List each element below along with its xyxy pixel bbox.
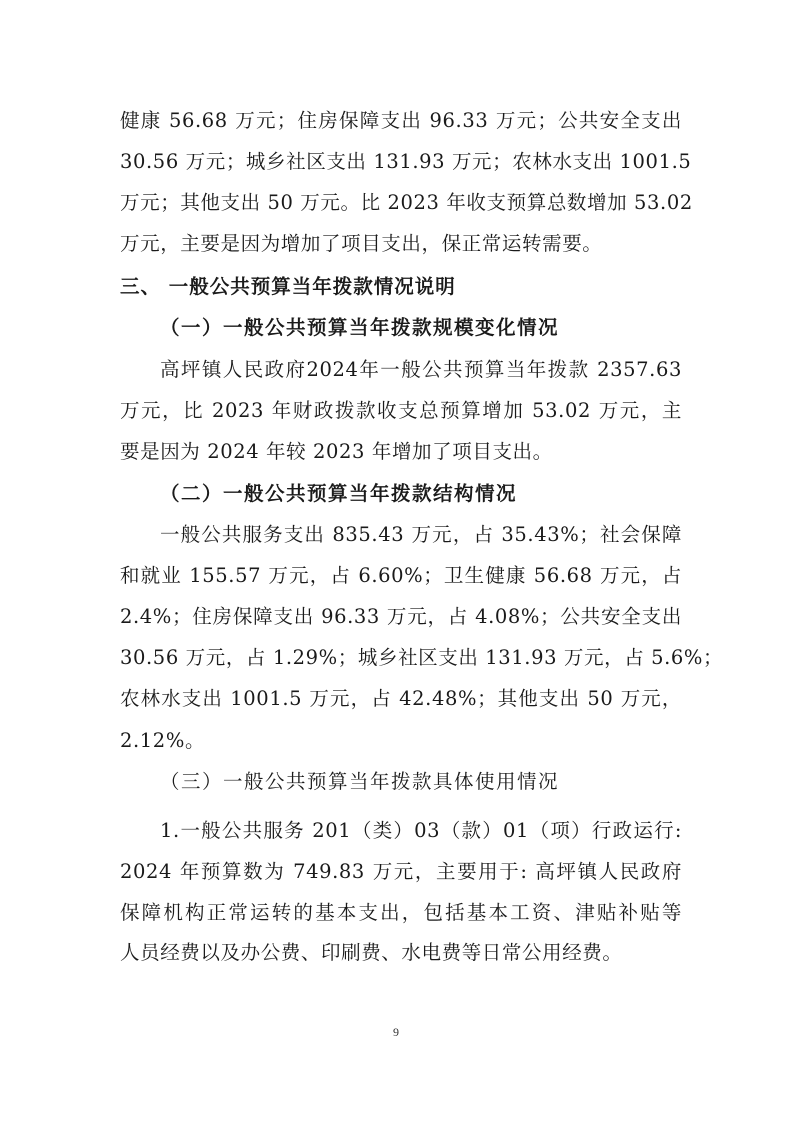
paragraph-line: 30.56 万元，占 1.29%；城乡社区支出 131.93 万元，占 5.6%… (120, 643, 682, 673)
paragraph-line: 一般公共服务支出 835.43 万元，占 35.43%；社会保障 (160, 520, 682, 550)
paragraph-line: 1.一般公共服务 201（类）03（款）01（项）行政运行: (160, 816, 682, 846)
paragraph-line: 2024 年预算数为 749.83 万元，主要用于: 高坪镇人民政府 (120, 857, 682, 887)
section-heading: 三、 一般公共预算当年拨款情况说明 (120, 272, 682, 302)
paragraph-line: 万元；其他支出 50 万元。比 2023 年收支预算总数增加 53.02 (120, 188, 682, 218)
paragraph-line: 健康 56.68 万元；住房保障支出 96.33 万元；公共安全支出 (120, 106, 682, 136)
page-number: 9 (386, 1025, 406, 1040)
subsection-heading: （三）一般公共预算当年拨款具体使用情况 (160, 767, 682, 797)
paragraph-line: 人员经费以及办公费、印刷费、水电费等日常公用经费。 (120, 938, 682, 968)
paragraph-line: 万元，主要是因为增加了项目支出，保正常运转需要。 (120, 229, 682, 259)
document-page: 健康 56.68 万元；住房保障支出 96.33 万元；公共安全支出 30.56… (0, 0, 792, 1122)
subsection-heading: （一）一般公共预算当年拨款规模变化情况 (160, 313, 682, 343)
paragraph-line: 万元，比 2023 年财政拨款收支总预算增加 53.02 万元，主 (120, 396, 682, 426)
paragraph-line: 30.56 万元；城乡社区支出 131.93 万元；农林水支出 1001.5 (120, 147, 682, 177)
paragraph-line: 保障机构正常运转的基本支出，包括基本工资、津贴补贴等 (120, 898, 682, 928)
subsection-heading: （二）一般公共预算当年拨款结构情况 (160, 479, 682, 509)
paragraph-line: 农林水支出 1001.5 万元，占 42.48%；其他支出 50 万元， (120, 684, 682, 714)
paragraph-line: 2.12%。 (120, 726, 682, 756)
paragraph-line: 2.4%；住房保障支出 96.33 万元，占 4.08%；公共安全支出 (120, 602, 682, 632)
paragraph-line: 高坪镇人民政府2024年一般公共预算当年拨款 2357.63 (160, 355, 682, 385)
paragraph-line: 要是因为 2024 年较 2023 年增加了项目支出。 (120, 437, 682, 467)
paragraph-line: 和就业 155.57 万元，占 6.60%；卫生健康 56.68 万元，占 (120, 561, 682, 591)
